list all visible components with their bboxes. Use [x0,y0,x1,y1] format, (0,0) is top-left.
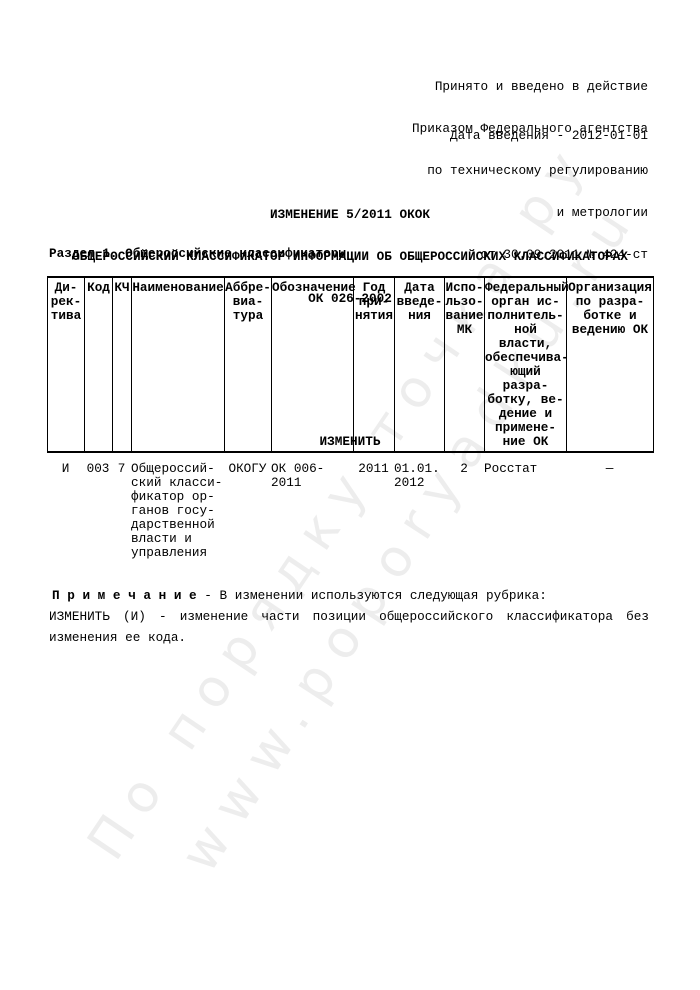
cell-name: Общероссий- ский класси- фикатор ор- ган… [131,462,224,560]
document-content: Принято и введено в действие Приказом Фе… [0,0,700,990]
cell-abbreviation: ОКОГУ [224,462,271,560]
adoption-line: Принято и введено в действие [412,80,648,94]
col-header-federal-body: Федеральный орган ис- полнитель- ной вла… [485,277,567,452]
cell-date-introduced: 01.01. 2012 [394,462,444,560]
classifier-data-table: И 003 7 Общероссий- ский класси- фикатор… [47,462,653,560]
cell-check-number: 7 [112,462,131,560]
col-header-development-org: Организация по разра- ботке и ведению ОК [567,277,654,452]
introduction-date-line: Дата введения - 2012-01-01 [450,129,648,143]
table-header-row: Ди- рек- тива Код КЧ Наименование Аббре-… [48,277,654,452]
col-header-check-number: КЧ [113,277,132,452]
document-page: По порядку точка ру www.poporyadku.ru Пр… [0,0,700,990]
cell-development-org: — [566,462,653,560]
adoption-line: по техническому регулированию [412,164,648,178]
note-first-line: П р и м е ч а н и е - В изменении исполь… [49,585,649,606]
cell-designation: ОК 006-2011 [271,462,353,560]
col-header-abbreviation: Аббре- виа- тура [225,277,272,452]
table-row: И 003 7 Общероссий- ский класси- фикатор… [47,462,653,560]
change-action-label: ИЗМЕНИТЬ [47,435,653,449]
col-header-year-adopted: Год при- нятия [354,277,395,452]
col-header-date-introduced: Дата введе- ния [395,277,445,452]
col-header-designation: Обозначение [272,277,354,452]
col-header-code: Код [85,277,113,452]
col-header-mk-usage: Испо- льзо- вание МК [445,277,485,452]
classifier-table-header: Ди- рек- тива Код КЧ Наименование Аббре-… [47,276,654,453]
note-rubric-line: ИЗМЕНИТЬ (И) - изменение части позиции о… [49,606,649,627]
cell-year-adopted: 2011 [353,462,394,560]
cell-code: 003 [84,462,112,560]
cell-directive: И [47,462,84,560]
col-header-name: Наименование [132,277,225,452]
cell-federal-body: Росстат [484,462,566,560]
note-block: П р и м е ч а н и е - В изменении исполь… [49,585,649,648]
col-header-directive: Ди- рек- тива [48,277,85,452]
title-line-change-number: ИЗМЕНЕНИЕ 5/2011 ОКОК [0,208,700,222]
note-rubric-line-end: изменения ее кода. [49,627,649,648]
section-heading: Раздел 1. Общероссийские классификаторы [49,247,346,261]
note-label: П р и м е ч а н и е [52,588,197,603]
cell-mk-usage: 2 [444,462,484,560]
note-intro-text: - В изменении используются следующая руб… [197,588,547,603]
